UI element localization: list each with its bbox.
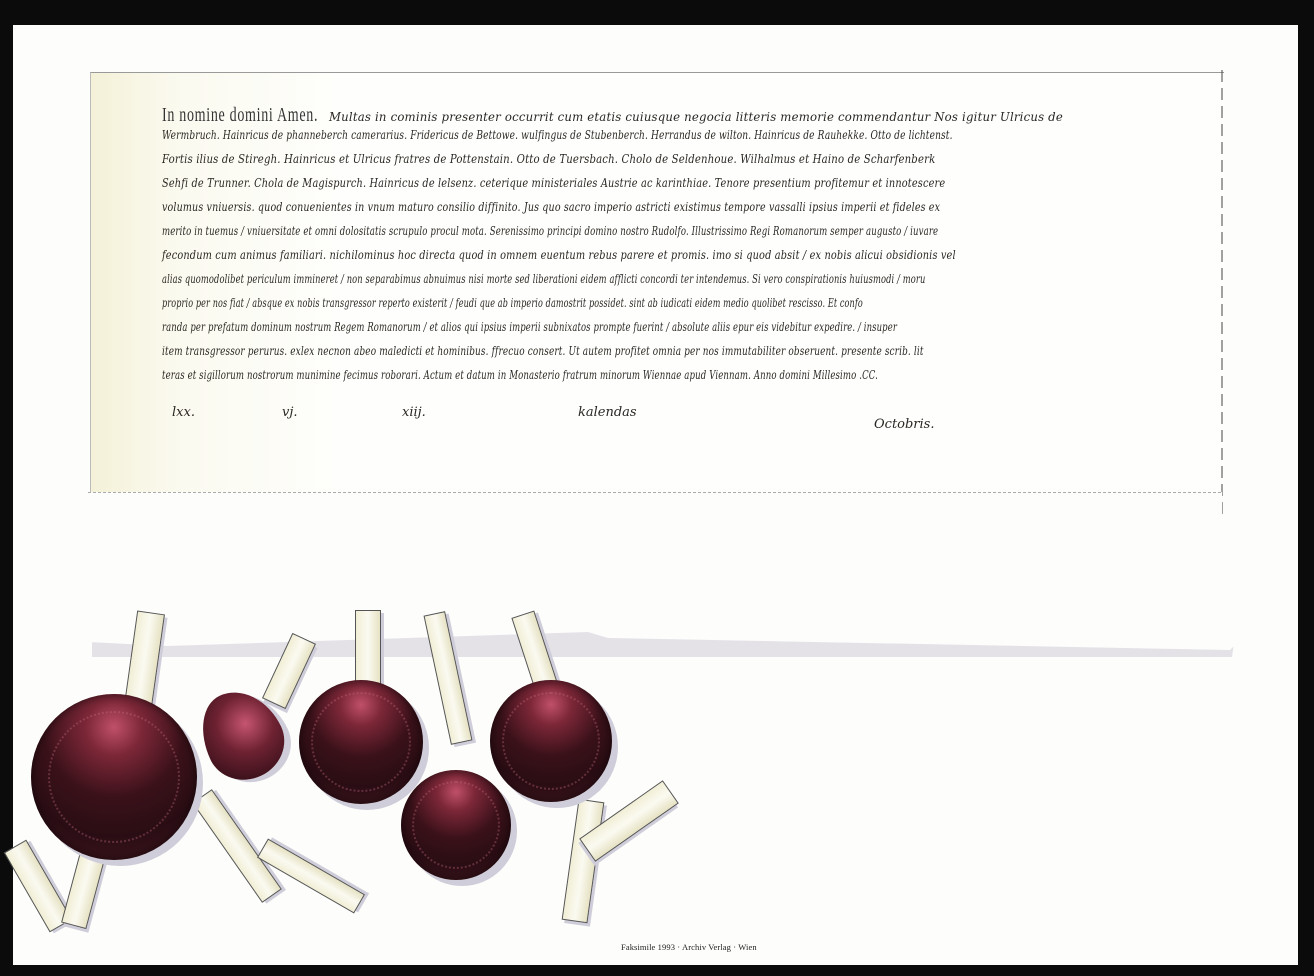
charter-plica-fold [88,492,1246,653]
dating-numeral: vj. [282,405,298,420]
text-line: item transgressor perurus. exlex necnon … [162,344,869,368]
text-line: volumus vniuersis. quod conuenientes in … [162,200,917,224]
wax-seal [31,694,197,860]
text-line: teras et sigillorum nostrorum munimine f… [162,368,840,392]
charter-edge [1221,70,1223,520]
wax-seal [401,770,511,880]
invocation: In nomine domini Amen. [162,104,318,127]
wax-seal [299,680,423,804]
text-line: Wermbruch. Hainricus de phanneberch came… [162,128,878,152]
text-line: In nomine domini Amen. Multas in cominis… [162,104,1130,128]
charter-text: In nomine domini Amen. Multas in cominis… [162,104,1130,392]
wax-seal [490,680,612,802]
text-line: fecondum cum animus familiari. nichilomi… [162,248,936,272]
text-line: Fortis ilius de Stiregh. Hainricus et Ul… [162,152,965,176]
text-line: Sehfi de Trunner. Chola de Magispurch. H… [162,176,936,200]
text-line: proprio per nos fiat / absque ex nobis t… [162,296,801,320]
dating-clause: lxx. vj. xiij. kalendas Octobris. [170,405,1130,435]
dating-word: Octobris. [874,417,935,432]
dating-word: kalendas [578,405,637,420]
facsimile-caption: Faksimile 1993 · Archiv Verlag · Wien [621,942,757,952]
text-line: merito in tuemus / vniuersitate et omni … [162,224,840,248]
text-line: randa per prefatum dominum nostrum Regem… [162,320,830,344]
dating-numeral: xiij. [402,405,426,420]
dating-numeral: lxx. [172,405,195,420]
text-line: alias quomodolibet periculum immineret /… [162,272,820,296]
